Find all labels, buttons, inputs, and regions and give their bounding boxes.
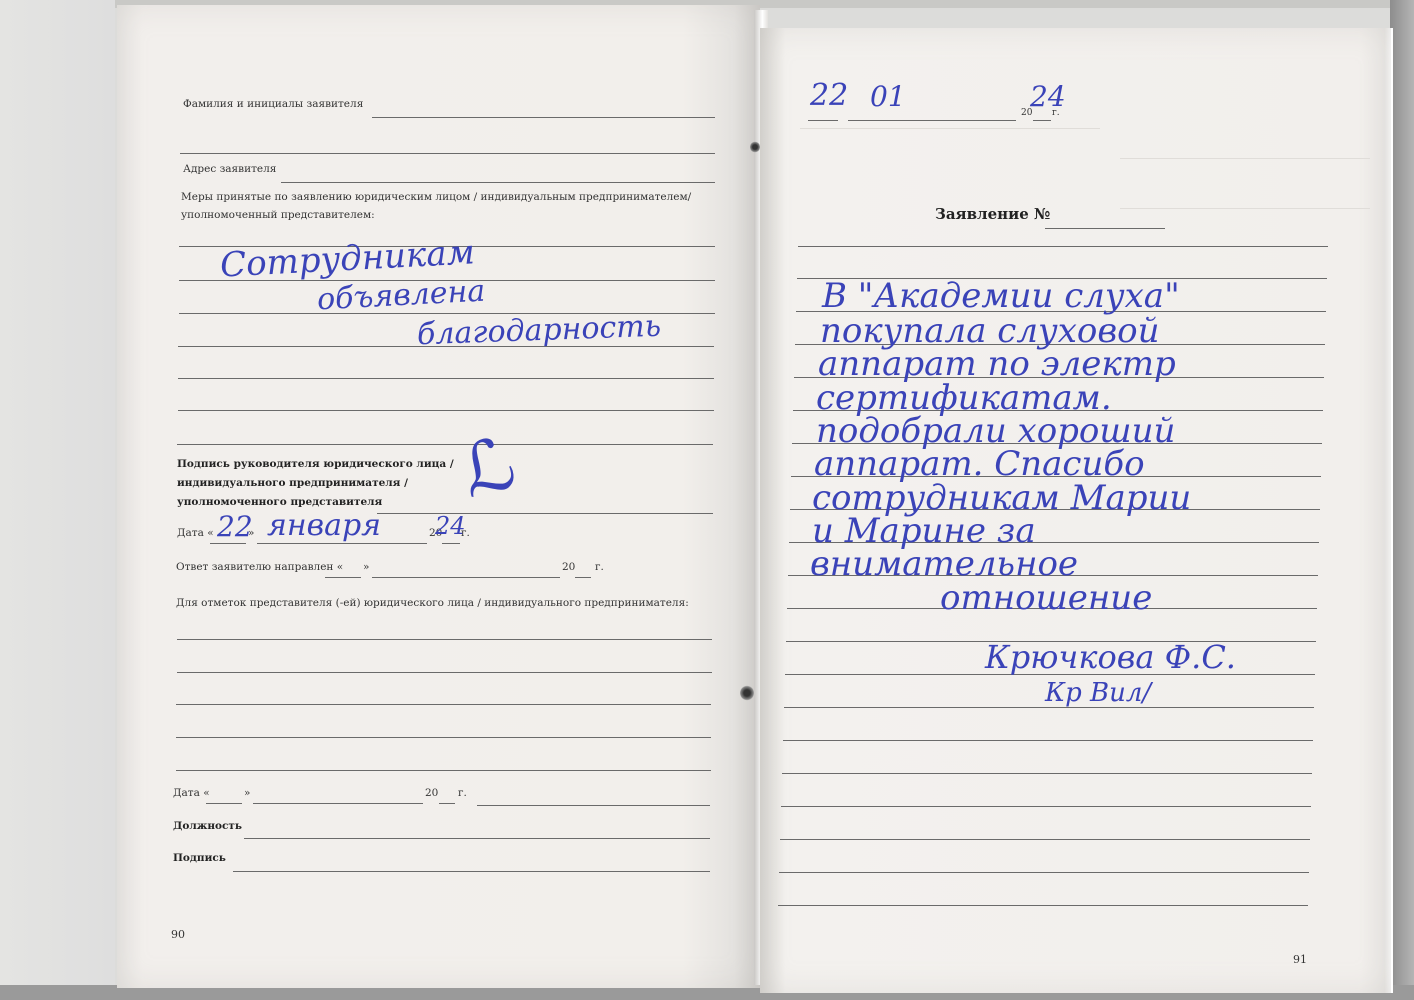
header-day-field[interactable]	[808, 120, 838, 121]
bleed-through-line	[800, 128, 1100, 129]
handwritten-date-day: 22	[217, 510, 253, 543]
handwritten-date-year: 24	[435, 512, 466, 540]
applicant-name-field[interactable]	[372, 117, 715, 118]
notes-line[interactable]	[176, 770, 711, 771]
date2-month-field[interactable]	[253, 803, 423, 804]
handwritten-header-day: 22	[810, 78, 848, 113]
handwritten-date-month: января	[267, 508, 381, 543]
head-signature-field[interactable]	[377, 513, 713, 514]
handwritten-header-month: 01	[870, 80, 906, 113]
date-label: Дата «	[177, 527, 214, 539]
staple-hole-bottom	[740, 685, 754, 701]
measures-line[interactable]	[178, 378, 714, 379]
measures-line[interactable]	[177, 444, 713, 445]
handwritten-header-year: 24	[1030, 80, 1066, 113]
response-month-field[interactable]	[372, 577, 560, 578]
handwritten-body-line: отношение	[940, 578, 1152, 618]
notes-line[interactable]	[176, 737, 711, 738]
date-year-field[interactable]	[442, 543, 460, 544]
bleed-through-line	[1120, 208, 1370, 209]
right-page: 20 г. 22 01 24 Заявление № В "Академии с…	[760, 28, 1393, 993]
handwritten-author-signature: Кр Вил/	[1045, 678, 1151, 708]
left-page: Фамилия и инициалы заявителя Адрес заяви…	[117, 5, 760, 988]
response-sent-label: Ответ заявителю направлен «	[176, 561, 343, 573]
date-month-field[interactable]	[257, 543, 427, 544]
date2-year-prefix: 20	[425, 787, 438, 799]
date2-year-suffix: г.	[458, 787, 467, 799]
head-signature-label-line2: индивидуального предпринимателя /	[177, 477, 408, 489]
header-month-field[interactable]	[848, 120, 1016, 121]
date-day-field[interactable]	[210, 543, 246, 544]
measures-line[interactable]	[178, 410, 714, 411]
header-year-field[interactable]	[1033, 120, 1051, 121]
applicant-name-field-line2[interactable]	[180, 153, 715, 154]
statement-line[interactable]	[780, 839, 1310, 840]
response-day-field[interactable]	[325, 577, 361, 578]
notes-line[interactable]	[177, 639, 712, 640]
measures-label-line2: уполномоченный представителем:	[181, 209, 375, 221]
response-year-prefix: 20	[562, 561, 575, 573]
handwritten-author-name: Крючкова Ф.С.	[985, 638, 1236, 676]
handwritten-body-line: В "Академии слуха"	[822, 276, 1180, 316]
page-number-left: 90	[171, 928, 185, 941]
signature-field[interactable]	[233, 871, 710, 872]
signature-label: Подпись	[173, 852, 226, 864]
notes-label: Для отметок представителя (-ей) юридичес…	[176, 597, 689, 609]
statement-number-field[interactable]	[1045, 228, 1165, 229]
handwritten-measures-line2: объявлена	[316, 274, 486, 318]
date2-label: Дата «	[173, 787, 210, 799]
response-year-field[interactable]	[575, 577, 591, 578]
scan-background-left	[0, 0, 115, 1000]
measures-label-line1: Меры принятые по заявлению юридическим л…	[181, 191, 691, 203]
response-year-suffix: г.	[595, 561, 604, 573]
statement-line[interactable]	[798, 246, 1328, 247]
page-number-right: 91	[1293, 953, 1307, 966]
position-field[interactable]	[244, 838, 710, 839]
date2-close-quote: »	[244, 787, 250, 799]
applicant-address-label: Адрес заявителя	[183, 163, 276, 175]
applicant-address-field[interactable]	[281, 182, 715, 183]
head-signature-label-line1: Подпись руководителя юридического лица /	[177, 458, 454, 470]
bleed-through-line	[1120, 158, 1370, 159]
position-label: Должность	[173, 820, 242, 832]
date2-year-field[interactable]	[439, 803, 455, 804]
handwritten-head-signature: ℒ	[452, 420, 524, 515]
staple-hole-top	[750, 141, 760, 153]
statement-line[interactable]	[783, 740, 1313, 741]
date2-extra-field[interactable]	[477, 805, 710, 806]
statement-line[interactable]	[781, 806, 1311, 807]
notes-line[interactable]	[177, 672, 712, 673]
notes-line[interactable]	[176, 704, 711, 705]
head-signature-label-line3: уполномоченного представителя	[177, 496, 382, 508]
scan-background-right	[1390, 0, 1414, 1000]
statement-line[interactable]	[779, 872, 1309, 873]
statement-line[interactable]	[778, 905, 1308, 906]
statement-line[interactable]	[782, 773, 1312, 774]
date2-day-field[interactable]	[206, 803, 242, 804]
response-close-quote: »	[363, 561, 369, 573]
statement-title: Заявление №	[935, 205, 1050, 223]
applicant-name-label: Фамилия и инициалы заявителя	[183, 98, 363, 110]
